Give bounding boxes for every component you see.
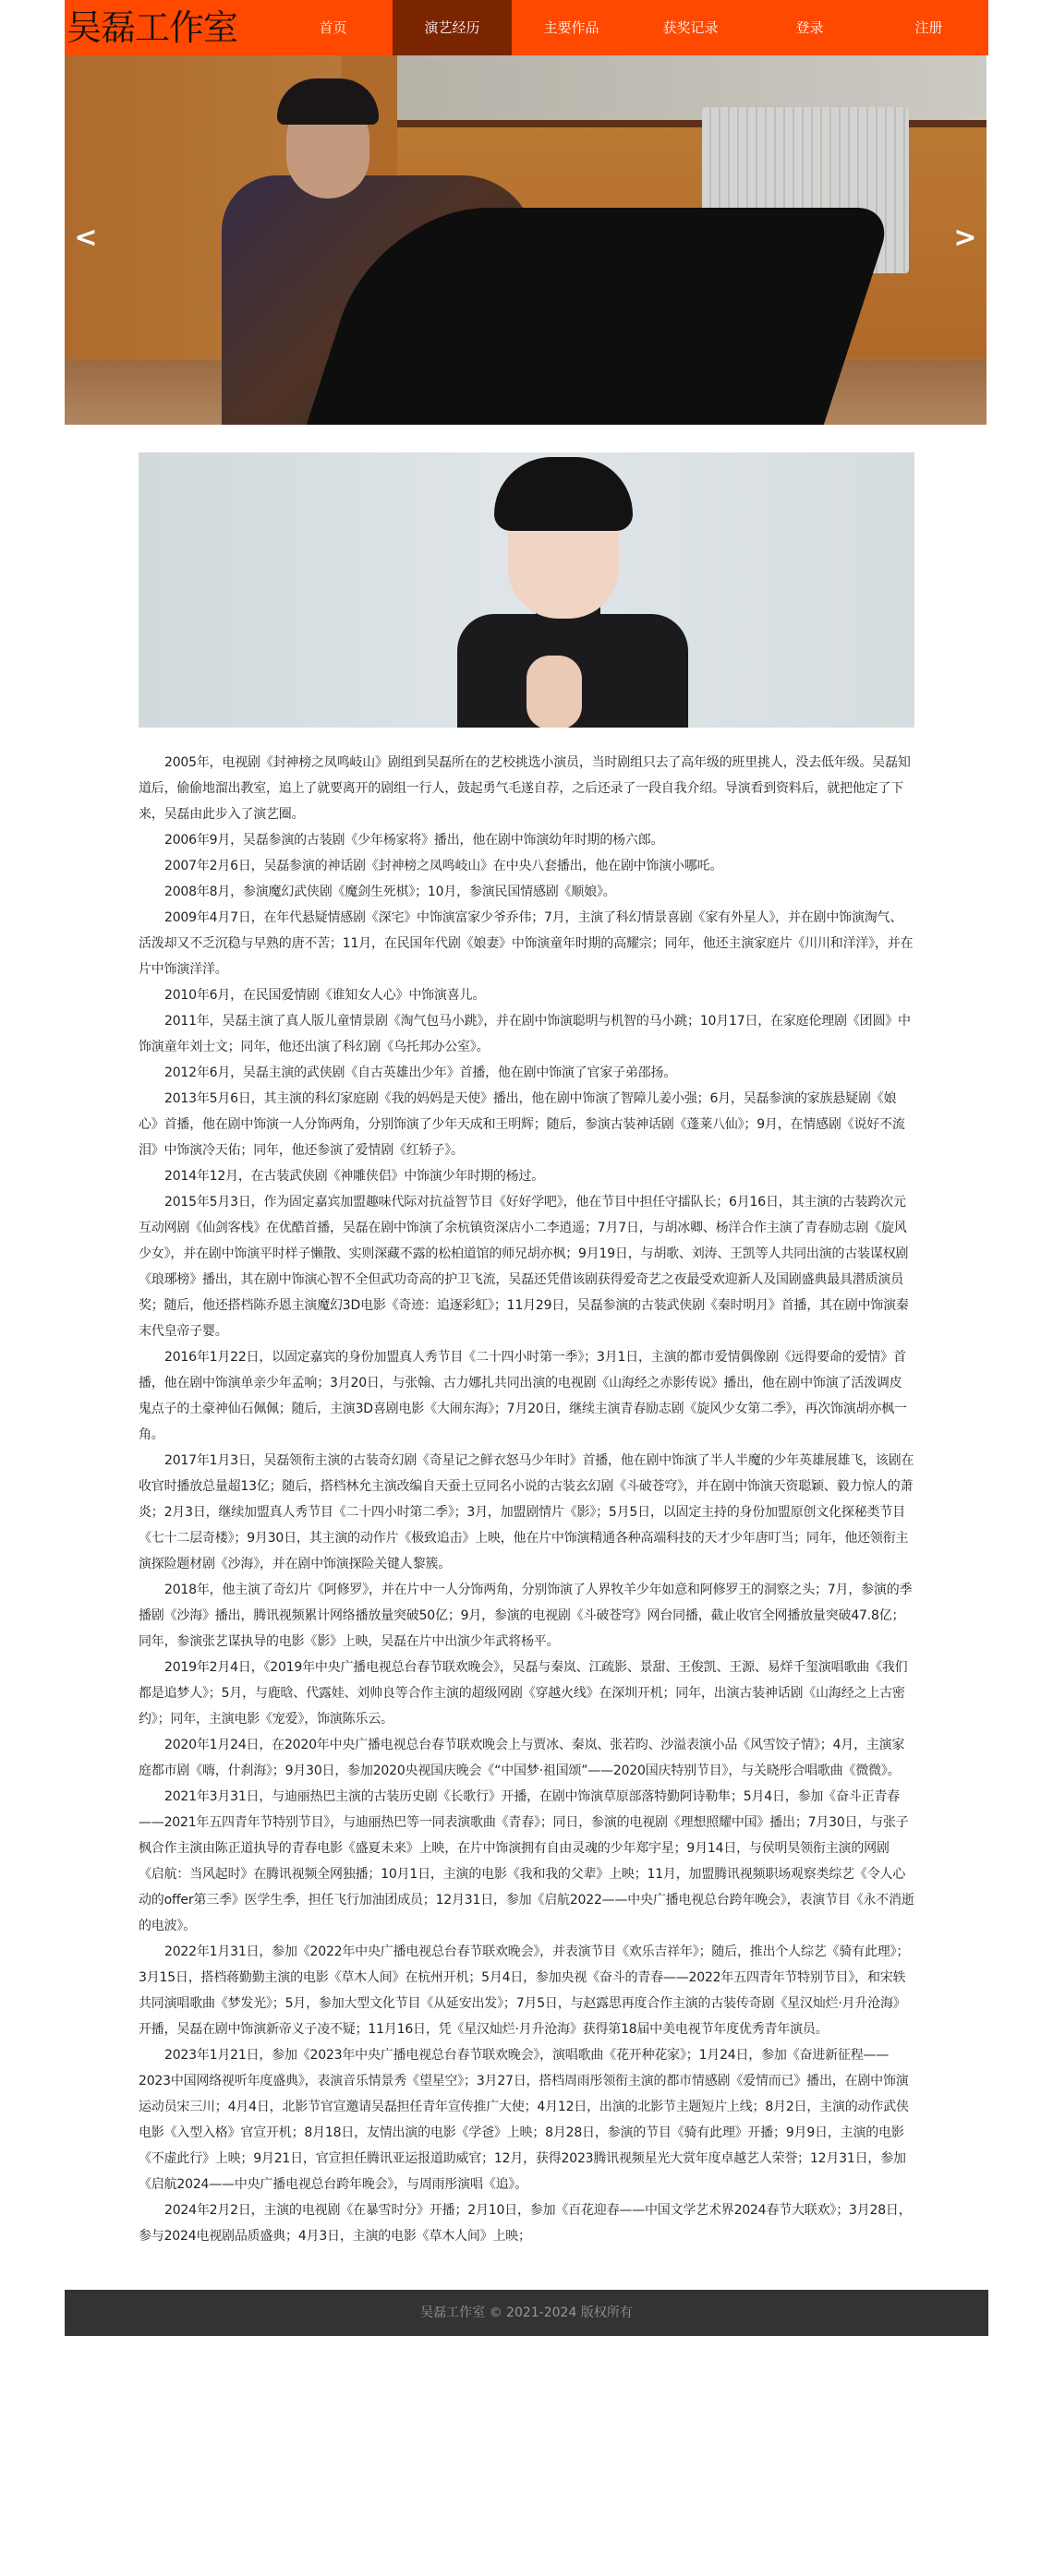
banner-carousel: < > bbox=[65, 55, 986, 425]
chevron-right-icon[interactable]: > bbox=[951, 220, 979, 257]
portrait-hair bbox=[494, 457, 633, 531]
paragraph-2023: 2023年1月21日，参加《2023年中央广播电视总台春节联欢晚会》，演唱歌曲《… bbox=[139, 2042, 914, 2197]
top-nav-bar: 吴磊工作室 首页 演艺经历 主要作品 获奖记录 登录 注册 bbox=[65, 0, 988, 55]
page: 吴磊工作室 首页 演艺经历 主要作品 获奖记录 登录 注册 < > bbox=[65, 0, 988, 425]
site-footer: 吴磊工作室 © 2021-2024 版权所有 bbox=[65, 2290, 988, 2336]
paragraph-2018: 2018年，他主演了奇幻片《阿修罗》，并在片中一人分饰两角，分别饰演了人界牧羊少… bbox=[139, 1577, 914, 1655]
paragraph-2019: 2019年2月4日，《2019年中央广播电视总台春节联欢晚会》，吴磊与秦岚、江疏… bbox=[139, 1655, 914, 1732]
nav-item-home[interactable]: 首页 bbox=[273, 0, 393, 55]
paragraph-2007: 2007年2月6日，吴磊参演的神话剧《封神榜之凤鸣岐山》在中央八套播出，他在剧中… bbox=[139, 853, 914, 879]
banner-overlay bbox=[65, 55, 986, 425]
paragraph-2020: 2020年1月24日，在2020年中央广播电视总台春节联欢晚会上与贾冰、秦岚、张… bbox=[139, 1732, 914, 1784]
portrait-image bbox=[139, 452, 914, 728]
paragraph-2017: 2017年1月3日，吴磊领衔主演的古装奇幻剧《奇星记之鲜衣怒马少年时》首播，他在… bbox=[139, 1448, 914, 1577]
paragraph-2010: 2010年6月，在民国爱情剧《谁知女人心》中饰演喜儿。 bbox=[139, 982, 914, 1008]
paragraph-2013: 2013年5月6日，其主演的科幻家庭剧《我的妈妈是天使》播出，他在剧中饰演了智障… bbox=[139, 1086, 914, 1163]
paragraph-2008: 2008年8月，参演魔幻武侠剧《魔剑生死棋》；10月，参演民国情感剧《顺娘》。 bbox=[139, 879, 914, 905]
nav-item-awards[interactable]: 获奖记录 bbox=[631, 0, 750, 55]
nav-item-works[interactable]: 主要作品 bbox=[512, 0, 631, 55]
nav-item-career[interactable]: 演艺经历 bbox=[393, 0, 512, 55]
paragraph-2006: 2006年9月，吴磊参演的古装剧《少年杨家将》播出，他在剧中饰演幼年时期的杨六郎… bbox=[139, 827, 914, 853]
portrait-hand bbox=[526, 656, 582, 728]
chevron-left-icon[interactable]: < bbox=[72, 220, 100, 257]
copyright-text: 吴磊工作室 © 2021-2024 版权所有 bbox=[420, 2305, 633, 2320]
paragraph-2024: 2024年2月2日，主演的电视剧《在暴雪时分》开播；2月10日，参加《百花迎春—… bbox=[139, 2197, 914, 2249]
paragraph-2021: 2021年3月31日，与迪丽热巴主演的古装历史剧《长歌行》开播，在剧中饰演草原部… bbox=[139, 1784, 914, 1939]
paragraph-2009: 2009年4月7日，在年代悬疑情感剧《深宅》中饰演富家少爷乔伟；7月，主演了科幻… bbox=[139, 905, 914, 982]
nav-item-register[interactable]: 注册 bbox=[869, 0, 988, 55]
main-menu: 首页 演艺经历 主要作品 获奖记录 登录 注册 bbox=[273, 0, 988, 55]
paragraph-2011: 2011年，吴磊主演了真人版儿童情景剧《淘气包马小跳》，并在剧中饰演聪明与机智的… bbox=[139, 1008, 914, 1060]
paragraph-2016: 2016年1月22日，以固定嘉宾的身份加盟真人秀节目《二十四小时第一季》；3月1… bbox=[139, 1344, 914, 1448]
career-article: 2005年，电视剧《封神榜之凤鸣岐山》剧组到吴磊所在的艺校挑选小演员，当时剧组只… bbox=[139, 728, 914, 2290]
site-logo[interactable]: 吴磊工作室 bbox=[65, 0, 273, 55]
paragraph-2012: 2012年6月，吴磊主演的武侠剧《自古英雄出少年》首播，他在剧中饰演了官家子弟邵… bbox=[139, 1060, 914, 1086]
paragraph-2005: 2005年，电视剧《封神榜之凤鸣岐山》剧组到吴磊所在的艺校挑选小演员，当时剧组只… bbox=[139, 750, 914, 827]
paragraph-2014: 2014年12月，在古装武侠剧《神雕侠侣》中饰演少年时期的杨过。 bbox=[139, 1163, 914, 1189]
paragraph-2015: 2015年5月3日，作为固定嘉宾加盟趣味代际对抗益智节目《好好学吧》，他在节目中… bbox=[139, 1189, 914, 1344]
paragraph-2022: 2022年1月31日，参加《2022年中央广播电视总台春节联欢晚会》，并表演节目… bbox=[139, 1939, 914, 2042]
nav-item-login[interactable]: 登录 bbox=[750, 0, 869, 55]
